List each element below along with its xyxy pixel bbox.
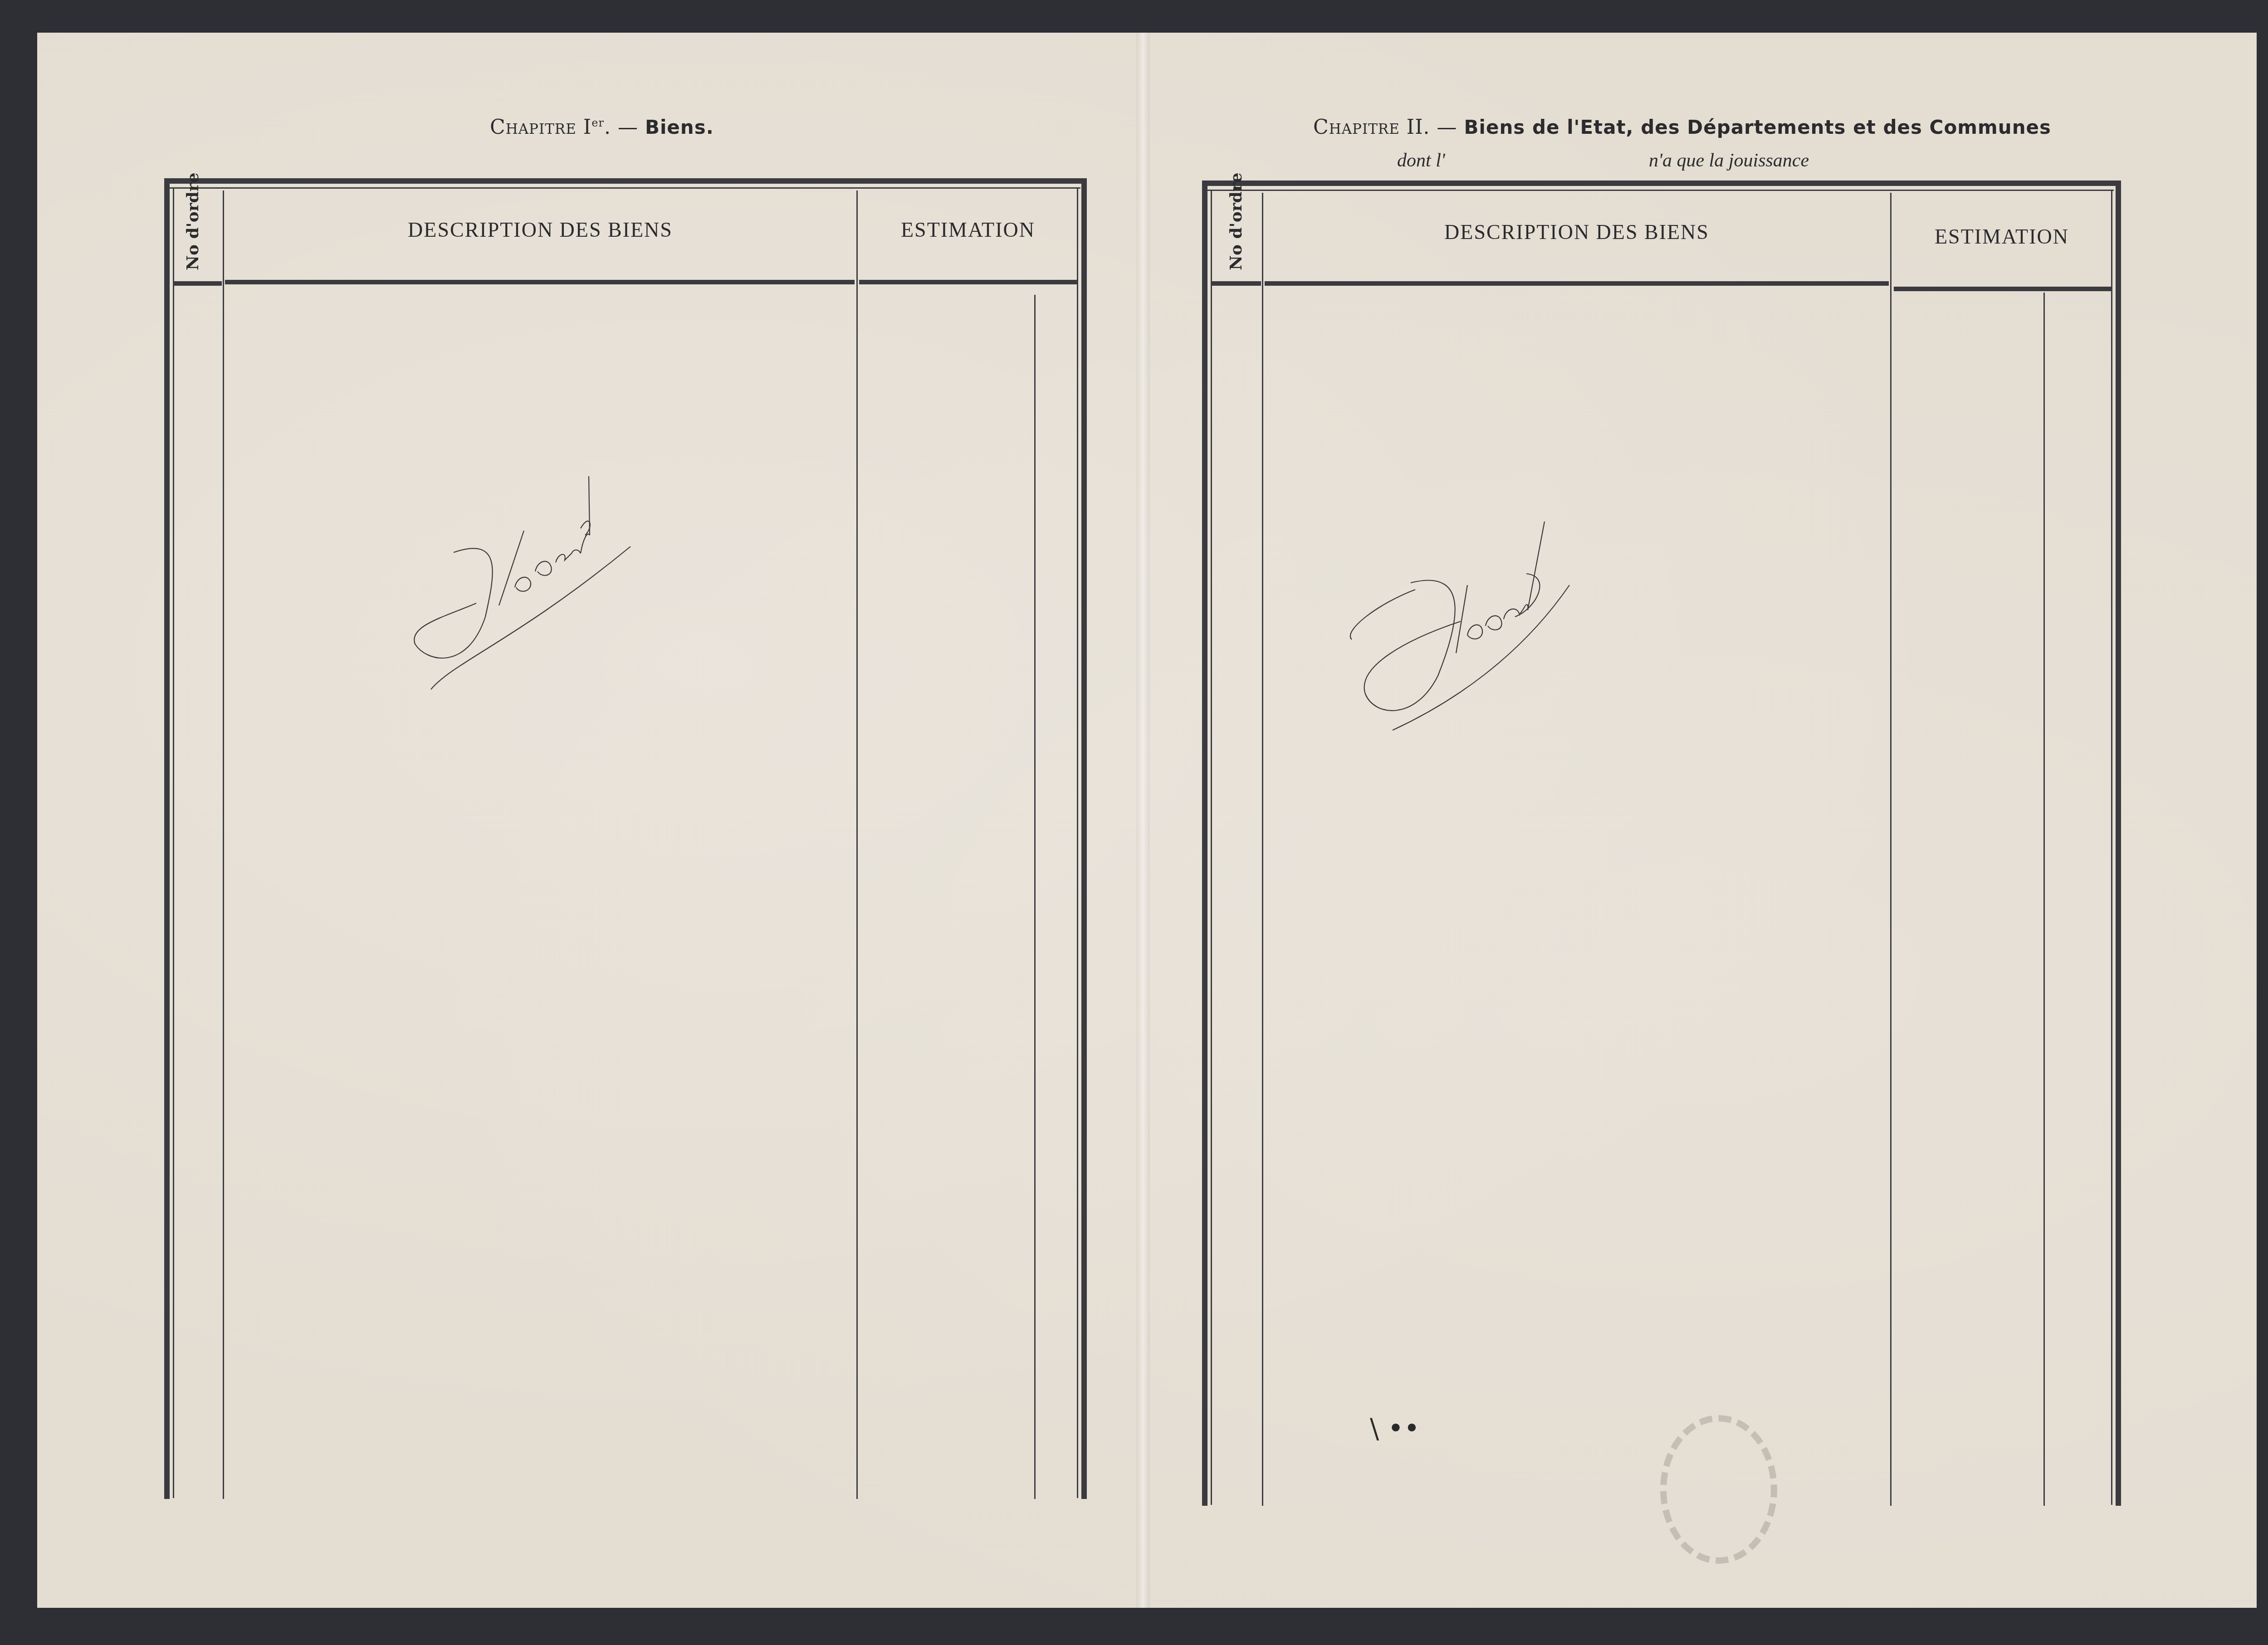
left-header-description: DESCRIPTION DES BIENS xyxy=(224,218,856,242)
right-header-no-ordre: No d'ordre xyxy=(1227,193,1246,270)
right-chapter-title: Biens de l'Etat, des Départements et des… xyxy=(1464,116,2052,138)
right-chapter-prefix: Chapitre II. xyxy=(1313,116,1430,139)
left-header-no-ordre: No d'ordre xyxy=(183,193,202,270)
right-ink-marks: \ •• xyxy=(1370,1413,1420,1445)
right-header-estimation: ESTIMATION xyxy=(1892,225,2112,249)
left-signature: Vicomte xyxy=(399,467,875,875)
right-header-description: DESCRIPTION DES BIENS xyxy=(1263,220,1890,244)
right-signature: Vicomte xyxy=(1338,513,1814,875)
right-chapter-separator: — xyxy=(1430,116,1464,139)
right-col-sep-1 xyxy=(1262,193,1263,1506)
left-chapter-title: Biens. xyxy=(645,116,714,138)
right-subtitle-right: n'a que la jouissance xyxy=(1649,150,1809,171)
right-chapter-heading: Chapitre II. — Biens de l'Etat, des Dépa… xyxy=(1313,116,2051,139)
left-col-sep-inner xyxy=(1034,295,1036,1499)
left-col-sep-1 xyxy=(223,190,224,1499)
center-fold xyxy=(1136,33,1150,1608)
left-chapter-prefix: Chapitre I xyxy=(490,116,591,139)
left-header-estimation: ESTIMATION xyxy=(858,218,1078,242)
right-col-sep-2 xyxy=(1890,193,1892,1506)
left-chapter-separator: . — xyxy=(604,116,645,139)
right-stamp: faded circular stamp xyxy=(1660,1415,1777,1564)
left-chapter-heading: Chapitre Ier. — Biens. xyxy=(490,116,714,139)
left-chapter-superscript: er xyxy=(591,117,604,129)
right-col-sep-inner xyxy=(2043,293,2045,1506)
right-subtitle-left: dont l' xyxy=(1397,150,1445,171)
